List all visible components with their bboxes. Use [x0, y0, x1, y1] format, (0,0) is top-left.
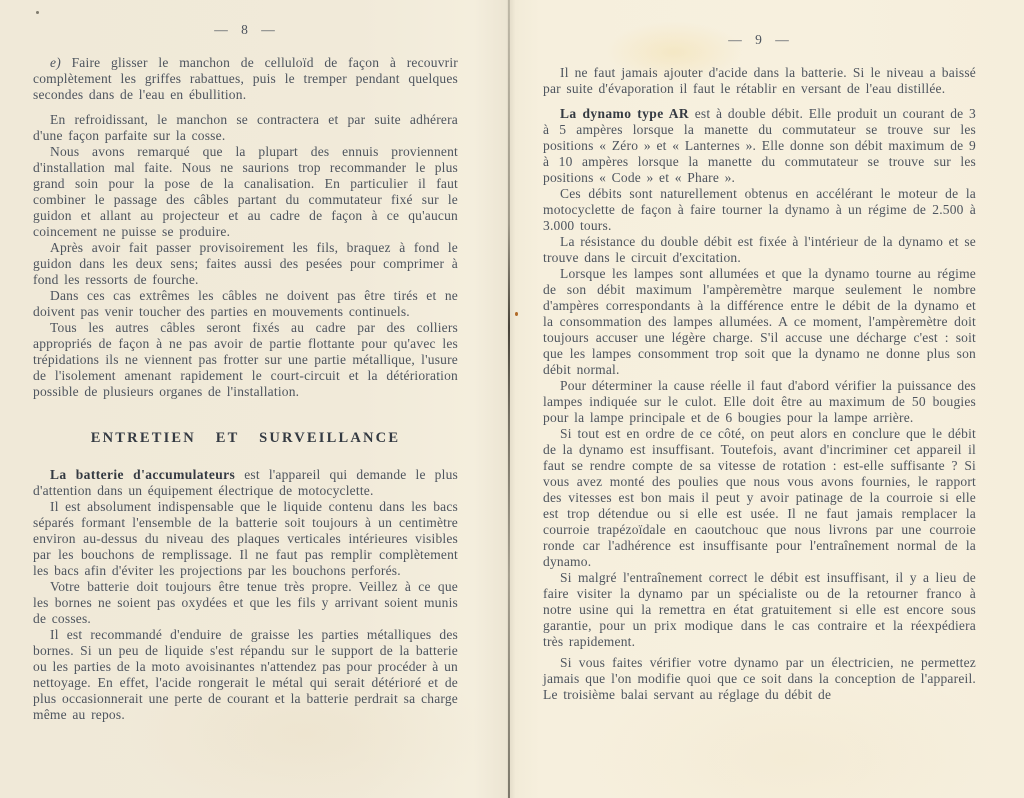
page-9-content: — 9 — Il ne faut jamais ajouter d'acide … — [543, 32, 976, 703]
paragraph: Si malgré l'entraînement correct le débi… — [543, 570, 976, 650]
paragraph: Ces débits sont naturellement obtenus en… — [543, 186, 976, 234]
paragraph: Nous avons remarqué que la plupart des e… — [33, 144, 458, 240]
paragraph: Votre batterie doit toujours être tenue … — [33, 579, 458, 627]
paragraph: En refroidissant, le manchon se contract… — [33, 112, 458, 144]
section-heading: ENTRETIEN ET SURVEILLANCE — [33, 430, 458, 446]
paragraph: Si tout est en ordre de ce côté, on peut… — [543, 426, 976, 570]
paragraph: La batterie d'accumulateurs est l'appare… — [33, 467, 458, 499]
paragraph: e) Faire glisser le manchon de celluloïd… — [33, 55, 458, 103]
paper-speck — [36, 11, 39, 14]
paragraph: Tous les autres câbles seront fixés au c… — [33, 320, 458, 400]
page-number-left: — 8 — — [33, 22, 458, 38]
paragraph: Il est recommandé d'enduire de graisse l… — [33, 627, 458, 723]
paragraph-lead-italic: e) — [50, 55, 61, 70]
paragraph: Après avoir fait passer provisoirement l… — [33, 240, 458, 288]
page-8-content: — 8 — e) Faire glisser le manchon de cel… — [33, 22, 458, 723]
page-9: — 9 — Il ne faut jamais ajouter d'acide … — [509, 0, 1024, 798]
paper-speck — [515, 312, 518, 316]
paragraph: Si vous faites vérifier votre dynamo par… — [543, 655, 976, 703]
paragraph: Dans ces cas extrêmes les câbles ne doiv… — [33, 288, 458, 320]
paragraph-text: Faire glisser le manchon de celluloïd de… — [33, 55, 458, 102]
paragraph-lead-bold: La dynamo type AR — [560, 106, 689, 121]
paragraph: Il ne faut jamais ajouter d'acide dans l… — [543, 65, 976, 97]
paragraph: La dynamo type AR est à double débit. El… — [543, 106, 976, 186]
paragraph: Pour déterminer la cause réelle il faut … — [543, 378, 976, 426]
paragraph: Lorsque les lampes sont allumées et que … — [543, 266, 976, 378]
page-fold-line — [508, 0, 510, 798]
page-8: — 8 — e) Faire glisser le manchon de cel… — [0, 0, 509, 798]
paragraph: La résistance du double débit est fixée … — [543, 234, 976, 266]
page-number-right: — 9 — — [543, 32, 976, 48]
paragraph-lead-bold: La batterie d'accumulateurs — [50, 467, 235, 482]
paragraph: Il est absolument indispensable que le l… — [33, 499, 458, 579]
book-spread-scan: — 8 — e) Faire glisser le manchon de cel… — [0, 0, 1024, 798]
